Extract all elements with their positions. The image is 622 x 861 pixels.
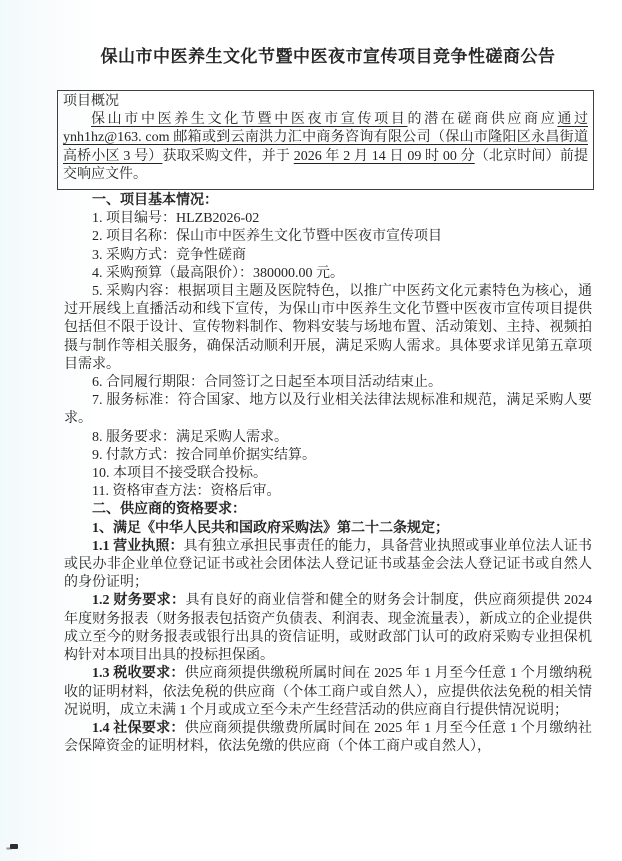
- overview-paragraph: 保山市中医养生文化节暨中医夜市宣传项目的潜在磋商供应商应通过ynh1hz@163…: [63, 111, 588, 184]
- qualification-item-label: 1.3 税收要求：: [92, 666, 185, 681]
- overview-deadline: 2026 年 2 月 14 日 09 时 00 分: [294, 149, 475, 164]
- document-page: 保山市中医养生文化节暨中医夜市宣传项目竞争性磋商公告 项目概况 保山市中医养生文…: [0, 0, 622, 861]
- document-content: 保山市中医养生文化节暨中医夜市宣传项目竞争性磋商公告 项目概况 保山市中医养生文…: [64, 44, 592, 756]
- overview-box: 项目概况 保山市中医养生文化节暨中医夜市宣传项目的潜在磋商供应商应通过ynh1h…: [57, 90, 594, 190]
- scan-artifact-speck: [10, 844, 18, 849]
- section-qualification-heading: 二、供应商的资格要求：: [64, 501, 592, 519]
- basic-info-item-8: 8. 服务要求：满足采购人需求。: [64, 429, 592, 447]
- basic-info-item-3: 3. 采购方式：竞争性磋商: [64, 247, 592, 265]
- overview-text-run: 的潜在磋商供应商应: [407, 112, 557, 127]
- basic-info-item-9: 9. 付款方式：按合同单价据实结算。: [64, 447, 592, 465]
- basic-info-item-1: 1. 项目编号：HLZB2026-02: [64, 210, 592, 228]
- page-title: 保山市中医养生文化节暨中医夜市宣传项目竞争性磋商公告: [64, 44, 592, 70]
- overview-project-name: 保山市中医养生文化节暨中医夜市宣传项目: [91, 112, 407, 127]
- basic-info-item-5: 5. 采购内容：根据项目主题及医院特色，以推广中医药文化元素特色为核心，通过开展…: [64, 283, 592, 374]
- qualification-item-label: 1.2 财务要求：: [92, 593, 185, 608]
- basic-info-item-6: 6. 合同履行期限：合同签订之日起至本项目活动结束止。: [64, 374, 592, 392]
- basic-info-item-11: 11. 资格审查方法：资格后审。: [64, 483, 592, 501]
- overview-text-run: 获取采购文件，并于: [162, 149, 293, 164]
- qualification-item-business-license: 1.1 营业执照：具有独立承担民事责任的能力，具备营业执照或事业单位法人证书或民…: [64, 538, 592, 593]
- basic-info-item-4: 4. 采购预算（最高限价）：380000.00 元。: [64, 265, 592, 283]
- section-basic-info-heading: 一、项目基本情况：: [64, 192, 592, 210]
- qualification-item-social-security: 1.4 社保要求：供应商须提供缴费所属时间在 2025 年 1 月至今任意 1 …: [64, 720, 592, 756]
- basic-info-item-7: 7. 服务标准：符合国家、地方以及行业相关法律法规标准和规范，满足采购人要求。: [64, 392, 592, 428]
- qualification-rule: 1、满足《中华人民共和国政府采购法》第二十二条规定；: [64, 520, 592, 538]
- basic-info-item-10: 10. 本项目不接受联合投标。: [64, 465, 592, 483]
- qualification-item-label: 1.1 营业执照：: [92, 539, 184, 554]
- qualification-item-tax: 1.3 税收要求：供应商须提供缴税所属时间在 2025 年 1 月至今任意 1 …: [64, 665, 592, 720]
- qualification-item-finance: 1.2 财务要求：具有良好的商业信誉和健全的财务会计制度，供应商须提供 2024…: [64, 592, 592, 665]
- basic-info-item-2: 2. 项目名称：保山市中医养生文化节暨中医夜市宣传项目: [64, 228, 592, 246]
- overview-heading: 项目概况: [63, 93, 588, 111]
- qualification-item-label: 1.4 社保要求：: [92, 721, 185, 736]
